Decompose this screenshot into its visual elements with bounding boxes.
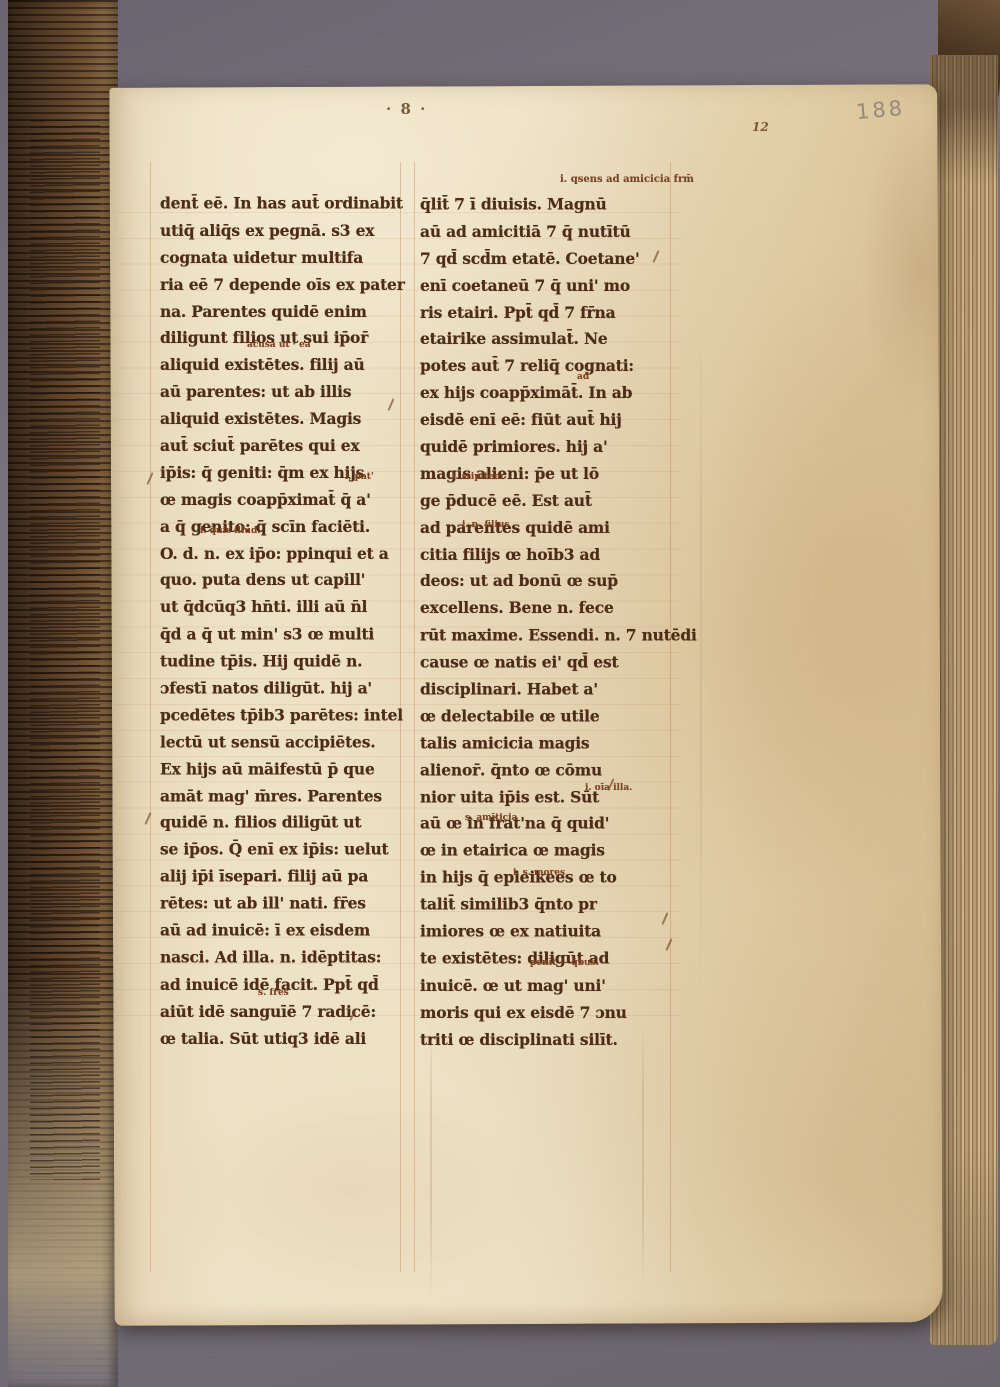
- text-line: aiūt idē sanguīē 7 radicē:: [160, 998, 405, 1025]
- ruling-line-left: [150, 162, 151, 1272]
- marginal-gloss: i. pat': [345, 472, 374, 482]
- text-line: triti œ disciplinati silīt.: [420, 1026, 697, 1053]
- text-line: œ magis coapp̄ximat̄ q̄ a': [160, 486, 405, 513]
- text-line: pcedētes tp̄ib3 parētes: intel: [160, 702, 405, 729]
- text-line: imiores œ ex natiuita: [420, 918, 697, 945]
- text-line: œ delectabile œ utile: [420, 703, 697, 730]
- text-line: talis amicicia magis: [420, 730, 697, 757]
- text-line: amāt mag' m̄res. Parentes: [160, 782, 405, 809]
- text-line: excellens. Bene n. fece: [420, 595, 697, 622]
- interlinear-gloss: ac̄usa ut · ea: [247, 340, 311, 350]
- text-line: se ip̄os. Q̄ enī ex ip̄is: uelut: [160, 836, 405, 863]
- interlinear-gloss: i. q̄uis illud.: [200, 526, 260, 536]
- interlinear-gloss-headnote: i. qsens ad amicicia frm̄: [560, 174, 694, 185]
- text-line: rētes: ut ab ill' nati. fr̄es: [160, 890, 405, 917]
- text-line: inuicē. œ ut mag' uni': [420, 972, 697, 999]
- text-line: moris qui ex eisdē 7 ɔnu: [420, 999, 697, 1026]
- text-line: quidē n. filios diligūt ut: [160, 809, 405, 836]
- text-line: a q̄ genito: q̄ scīn faciēti.: [160, 513, 405, 540]
- text-line: enī coetaneū 7 q̄ uni' mo: [420, 272, 697, 299]
- text-line: ex hijs coapp̄ximāt̄. In ab: [420, 379, 697, 406]
- text-line: utiq̄ aliq̄s ex pegnā. s3 ex: [160, 217, 405, 244]
- text-line: alij ip̄i īsepari. filij aū pa: [160, 863, 405, 890]
- text-line: quidē primiores. hij a': [420, 433, 697, 460]
- text-line: na. Parentes quidē enim: [160, 298, 405, 325]
- text-line: lectū ut sensū accipiētes.: [160, 729, 405, 756]
- text-line: aū œ in frat'na q̄ quid': [420, 810, 697, 837]
- text-line: Ex hijs aū māifestū p̄ que: [160, 755, 405, 782]
- text-line: ris etairi. Ppt̄ qd̄ 7 fr̄na: [420, 299, 697, 326]
- text-line: nior uita ip̄is est. Sūt: [420, 783, 697, 810]
- book-fore-edge-left: [8, 0, 118, 1387]
- folio-number: 188: [855, 96, 906, 124]
- text-line: ut q̄dcūq3 hn̄ti. illi aū n̄l: [160, 594, 405, 621]
- text-column-right: q̄lit̄ 7 ī diuisis. Magnūaū ad amicitiā …: [420, 191, 697, 1053]
- text-line: œ talia. Sūt utiq3 idē ali: [160, 1025, 405, 1052]
- parchment-crease: [642, 1020, 644, 1290]
- text-line: rūt maxime. Essendi. n. 7 nutēdi: [420, 622, 697, 649]
- interlinear-gloss: i. s. mores: [513, 868, 565, 878]
- parchment-crease: [700, 300, 702, 1000]
- text-line: nasci. Ad illa. n. idēptitas:: [160, 944, 405, 971]
- text-line: cause œ natis ei' qd̄ est: [420, 649, 697, 676]
- interlinear-gloss: s. fr̄es: [258, 988, 289, 998]
- text-line: ge p̄ducē eē. Est aut̄: [420, 487, 697, 514]
- leaf-signature: 12: [752, 120, 769, 134]
- text-line: eisdē enī eē: fiūt aut̄ hij: [420, 406, 697, 433]
- text-line: alienor̄. q̄nto œ cōmu: [420, 756, 697, 783]
- text-line: citia filijs œ hoīb3 ad: [420, 541, 697, 568]
- text-line: aū ad inuicē: ī ex eisdem: [160, 917, 405, 944]
- text-line: aū parentes: ut ab illis: [160, 378, 405, 405]
- text-line: etairike assimulat̄. Ne: [420, 326, 697, 353]
- interlinear-gloss: ad: [577, 372, 589, 382]
- interlinear-gloss: s. amīticia: [465, 813, 517, 823]
- parchment-crease: [430, 1020, 432, 1300]
- interlinear-gloss: penīt — q̄bus.: [530, 958, 599, 968]
- interlinear-gloss: i. stipitem: [452, 472, 503, 482]
- text-line: O. d. n. ex ip̄o: ppinqui et a: [160, 540, 405, 567]
- quire-mark: · 8 ·: [386, 100, 427, 118]
- text-line: potes aut̄ 7 reliq̄ cognati:: [420, 353, 697, 380]
- text-line: quo. puta dens ut capill': [160, 567, 405, 594]
- text-line: disciplinari. Habet a': [420, 676, 697, 703]
- text-line: aliquid existētes. filij aū: [160, 352, 405, 379]
- text-line: aliquid existētes. Magis: [160, 405, 405, 432]
- text-line: ɔfestī natos diligūt. hij a': [160, 675, 405, 702]
- text-line: dent̄ eē. In has aut̄ ordinabit: [160, 190, 405, 217]
- interlinear-gloss: i. n. filius: [462, 520, 510, 530]
- edge-text-texture: [30, 120, 100, 1180]
- text-line: q̄lit̄ 7 ī diuisis. Magnū: [420, 191, 697, 218]
- text-line: q̄d a q̄ ut min' s3 œ multi: [160, 621, 405, 648]
- manuscript-photo: · 8 · 12 188 dent̄ eē. In has aut̄ ordin…: [0, 0, 1000, 1387]
- ruling-line-intercolumn-b: [414, 162, 415, 1272]
- text-line: œ in etairica œ magis: [420, 837, 697, 864]
- text-line: tudine tp̄is. Hij quidē n.: [160, 648, 405, 675]
- text-line: ria eē 7 depende oīs ex pater: [160, 271, 405, 298]
- text-line: aut̄ sciut̄ parētes qui ex: [160, 432, 405, 459]
- text-line: aū ad amicitiā 7 q̄ nutītū: [420, 218, 697, 245]
- text-line: talit̄ similib3 q̄nto pr: [420, 891, 697, 918]
- text-column-left: dent̄ eē. In has aut̄ ordinabitutiq̄ ali…: [160, 190, 405, 1052]
- text-line: cognata uidetur multifa: [160, 244, 405, 271]
- text-line: deos: ut ad bonū œ sup̄: [420, 568, 697, 595]
